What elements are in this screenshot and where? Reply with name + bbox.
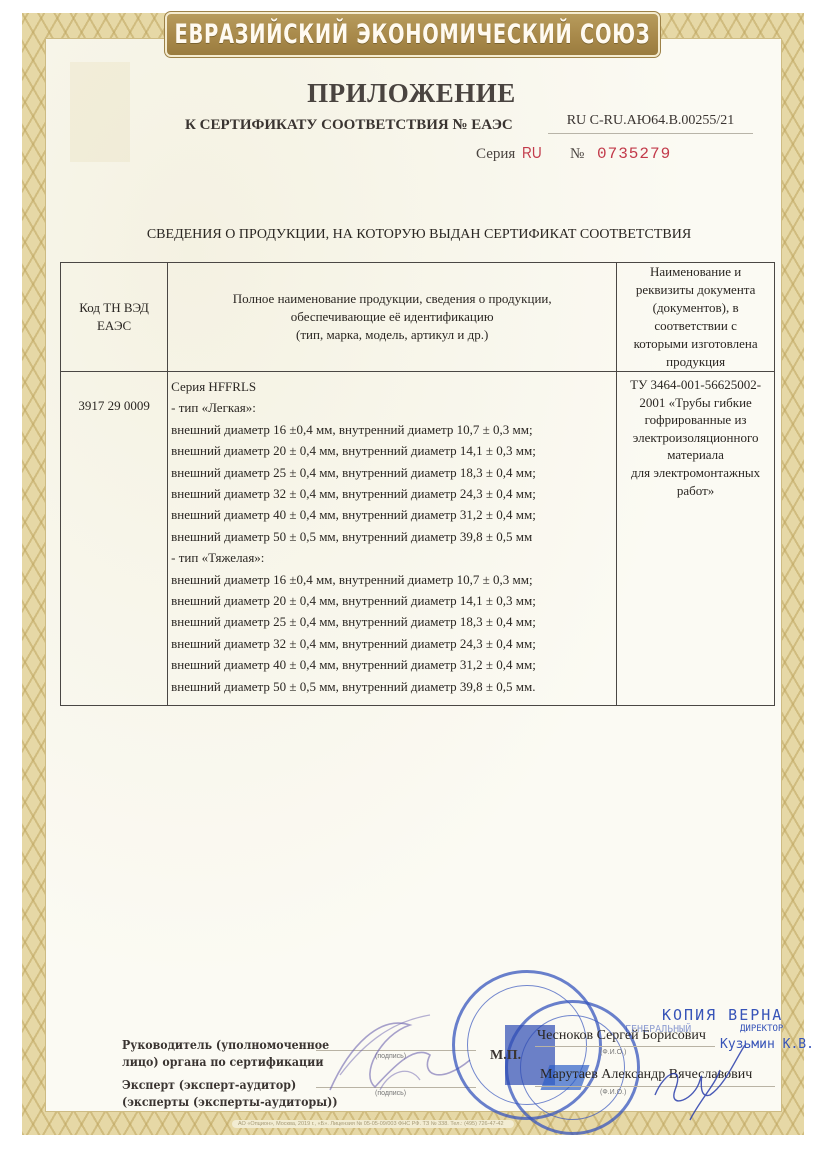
products-table: Код ТН ВЭДЕАЭС Полное наименование проду…: [60, 262, 775, 706]
text-line: внешний диаметр 32 ± 0,4 мм, внутренний …: [171, 633, 614, 654]
text-line: материала: [620, 446, 771, 464]
number-label: №: [570, 146, 584, 163]
text-line: Серия HFFRLS: [171, 376, 614, 397]
head-label: Руководитель (уполномоченноелицо) органа…: [122, 1036, 329, 1070]
header-code: Код ТН ВЭДЕАЭС: [61, 263, 168, 372]
expert-name-caption: (Ф.И.О.): [600, 1089, 626, 1096]
text-line: внешний диаметр 50 ± 0,5 мм, внутренний …: [171, 526, 614, 547]
certificate-label: К СЕРТИФИКАТУ СООТВЕТСТВИЯ № ЕАЭС: [185, 117, 513, 134]
text-line: внешний диаметр 25 ± 0,4 мм, внутренний …: [171, 611, 614, 632]
text-line: ТУ 3464-001-56625002-: [620, 376, 771, 394]
copy-stamp-position-a: ГЕНЕРАЛЬНЫЙ: [625, 1024, 691, 1035]
text-line: продукция: [617, 353, 774, 371]
banner-text: ЕВРАЗИЙСКИЙ ЭКОНОМИЧЕСКИЙ СОЮЗ: [175, 19, 651, 50]
table-header-row: Код ТН ВЭДЕАЭС Полное наименование проду…: [61, 263, 775, 372]
seal-place-label: М.П.: [490, 1048, 521, 1064]
header-document: Наименование иреквизиты документа(докуме…: [617, 263, 775, 372]
head-name-caption: (Ф.И.О.): [600, 1049, 626, 1056]
text-line: внешний диаметр 32 ± 0,4 мм, внутренний …: [171, 483, 614, 504]
text-line: внешний диаметр 16 ±0,4 мм, внутренний д…: [171, 419, 614, 440]
header-description: Полное наименование продукции, сведения …: [168, 263, 617, 372]
text-line: Руководитель (уполномоченное: [122, 1036, 329, 1053]
text-line: 2001 «Трубы гибкие: [620, 394, 771, 412]
director-signature-scribble: [640, 1040, 750, 1125]
text-line: внешний диаметр 50 ± 0,5 мм, внутренний …: [171, 676, 614, 697]
text-line: Наименование и: [617, 263, 774, 281]
text-line: для электромонтажных: [620, 464, 771, 482]
text-line: внешний диаметр 25 ± 0,4 мм, внутренний …: [171, 462, 614, 483]
text-line: которыми изготовлена: [617, 335, 774, 353]
watermark-block: [70, 62, 130, 162]
printer-imprint: АО «Опцион», Москва, 2019 г., «Б». Лицен…: [232, 1120, 514, 1128]
text-line: (документов), в: [617, 299, 774, 317]
text-line: лицо) органа по сертификации: [122, 1053, 329, 1070]
text-line: Код ТН ВЭД: [61, 299, 167, 317]
text-line: обеспечивающие её идентификацию: [168, 308, 616, 326]
text-line: соответствии с: [617, 317, 774, 335]
product-description: Серия HFFRLS- тип «Легкая»:внешний диаме…: [168, 372, 617, 706]
text-line: Полное наименование продукции, сведения …: [168, 290, 616, 308]
text-line: внешний диаметр 16 ±0,4 мм, внутренний д…: [171, 569, 614, 590]
text-line: внешний диаметр 20 ± 0,4 мм, внутренний …: [171, 440, 614, 461]
standard-document: ТУ 3464-001-56625002-2001 «Трубы гибкиег…: [617, 372, 775, 706]
text-line: электроизоляционного: [620, 429, 771, 447]
certificate-number: RU C-RU.АЮ64.B.00255/21: [548, 113, 753, 134]
series-label: Серия: [476, 146, 515, 163]
text-line: - тип «Легкая»:: [171, 397, 614, 418]
form-number: 0735279: [597, 145, 671, 163]
text-line: работ»: [620, 482, 771, 500]
text-line: ЕАЭС: [61, 317, 167, 335]
section-heading: СВЕДЕНИЯ О ПРОДУКЦИИ, НА КОТОРУЮ ВЫДАН С…: [0, 227, 823, 243]
page-title: ПРИЛОЖЕНИЕ: [0, 78, 823, 109]
copy-certified-stamp: КОПИЯ ВЕРНА: [662, 1006, 783, 1024]
copy-stamp-director-name: Кузьмин К.В.: [720, 1037, 814, 1052]
text-line: (тип, марка, модель, артикул и др.): [168, 326, 616, 344]
tnved-code: 3917 29 0009: [61, 372, 168, 706]
text-line: гофрированные из: [620, 411, 771, 429]
table-row: 3917 29 0009 Серия HFFRLS- тип «Легкая»:…: [61, 372, 775, 706]
text-line: - тип «Тяжелая»:: [171, 547, 614, 568]
text-line: внешний диаметр 20 ± 0,4 мм, внутренний …: [171, 590, 614, 611]
series-value: RU: [522, 145, 542, 163]
text-line: (эксперты (эксперты-аудиторы)): [122, 1093, 338, 1110]
text-line: внешний диаметр 40 ± 0,4 мм, внутренний …: [171, 654, 614, 675]
copy-stamp-position-b: ДИРЕКТОР: [740, 1024, 783, 1034]
text-line: реквизиты документа: [617, 281, 774, 299]
union-banner: ЕВРАЗИЙСКИЙ ЭКОНОМИЧЕСКИЙ СОЮЗ: [165, 12, 660, 57]
text-line: Эксперт (эксперт-аудитор): [122, 1076, 338, 1093]
expert-label: Эксперт (эксперт-аудитор)(эксперты (эксп…: [122, 1076, 338, 1110]
text-line: внешний диаметр 40 ± 0,4 мм, внутренний …: [171, 504, 614, 525]
